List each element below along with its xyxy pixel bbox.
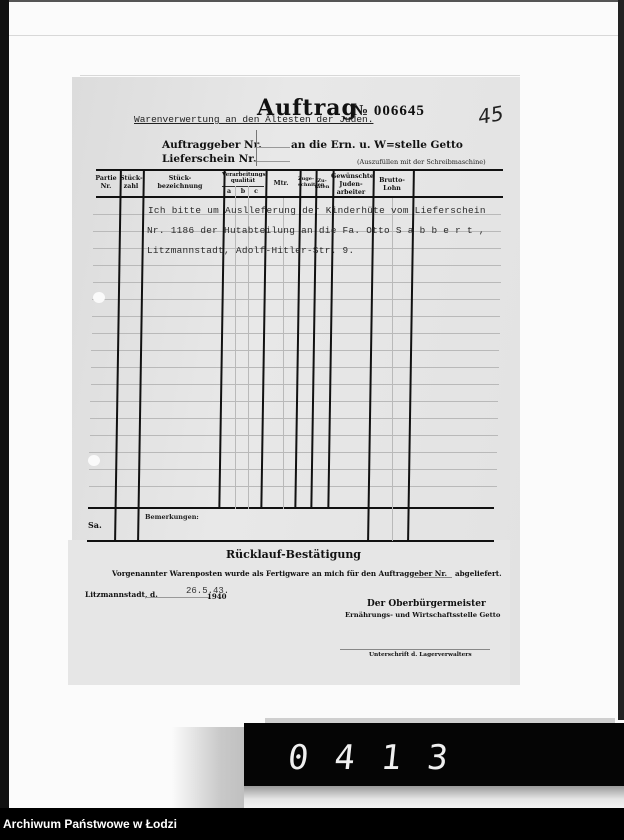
confirmation-client-field: [414, 577, 452, 578]
table-body-rule: [88, 507, 494, 509]
header-divider: [256, 130, 257, 166]
typed-line-2: Nr. 1186 der Hutabteilung an die Fa. Ott…: [147, 225, 485, 236]
punch-hole: [88, 455, 100, 466]
punch-hole: [93, 292, 105, 303]
client-number-label: Auftraggeber Nr.: [162, 139, 262, 151]
signature-line: [340, 649, 490, 650]
archive-footer: Archiwum Państwowe w Łodzi: [0, 808, 624, 840]
table-bottom-rule: [87, 540, 494, 542]
date-field-line: [145, 597, 209, 598]
frame-counter-digits: 0413: [286, 738, 476, 778]
col-header-qualitaet: Verarbeitungs-qualität: [222, 172, 264, 184]
frame-edge-right: [618, 0, 624, 720]
delivery-note-label: Lieferschein Nr.: [162, 153, 257, 165]
typed-line-3: Litzmannstadt, Adolf-Hitler-Str. 9.: [147, 245, 354, 256]
counter-bottom-edge: [244, 786, 624, 808]
sum-label: Sa.: [88, 520, 102, 530]
signatory-office: Ernährungs- und Wirtschaftsstelle Getto: [345, 611, 500, 619]
col-header-bezeichnung: Stück-bezeichnung: [150, 175, 210, 191]
confirmation-title: Rücklauf-Bestätigung: [226, 548, 361, 561]
confirmation-text-end: abgeliefert.: [455, 569, 502, 578]
frame-edge-top: [0, 0, 624, 2]
frame-guide-line: [80, 75, 520, 76]
col-rule-thin: [392, 198, 393, 541]
printed-year: 1940: [207, 592, 226, 601]
recipient-text: an die Ern. u. W=stelle Getto: [291, 139, 463, 151]
col-header-bruttolohn: Brutto-Lohn: [374, 177, 410, 193]
client-number-field: [254, 147, 290, 148]
qualitaet-subrule: [222, 186, 264, 187]
remarks-label: Bemerkungen:: [145, 513, 199, 521]
delivery-note-field: [254, 161, 290, 162]
archive-name: Archiwum Państwowe w Łodzi: [3, 817, 177, 831]
signature-caption: Unterschrift d. Lagerverwalters: [369, 652, 472, 658]
frame-guide-line: [9, 35, 618, 36]
confirmation-text: Vorgenannter Warenposten wurde als Ferti…: [112, 569, 447, 578]
col-header-judenarbeiter: Gewünschte Juden-arbeiter: [331, 173, 371, 197]
col-header-mtr: Mtr.: [265, 180, 297, 188]
col-header-stueckzahl: Stück-zahl: [120, 175, 142, 191]
signatory-title: Der Oberbürgermeister: [367, 599, 486, 609]
col-subheader-c: c: [249, 188, 263, 196]
typewriter-note: (Auszufüllen mit der Schreibmaschine): [357, 158, 486, 166]
document-subtitle: Warenverwertung an den Ältesten der Jude…: [134, 114, 373, 125]
typed-line-1: Ich bitte um Auslleferung der Kinderhüte…: [148, 205, 486, 216]
col-header-partie: Partie Nr.: [93, 175, 119, 191]
frame-edge-left: [0, 0, 9, 808]
handwritten-mark: 45: [476, 101, 505, 129]
counter-shadow: [172, 727, 252, 808]
